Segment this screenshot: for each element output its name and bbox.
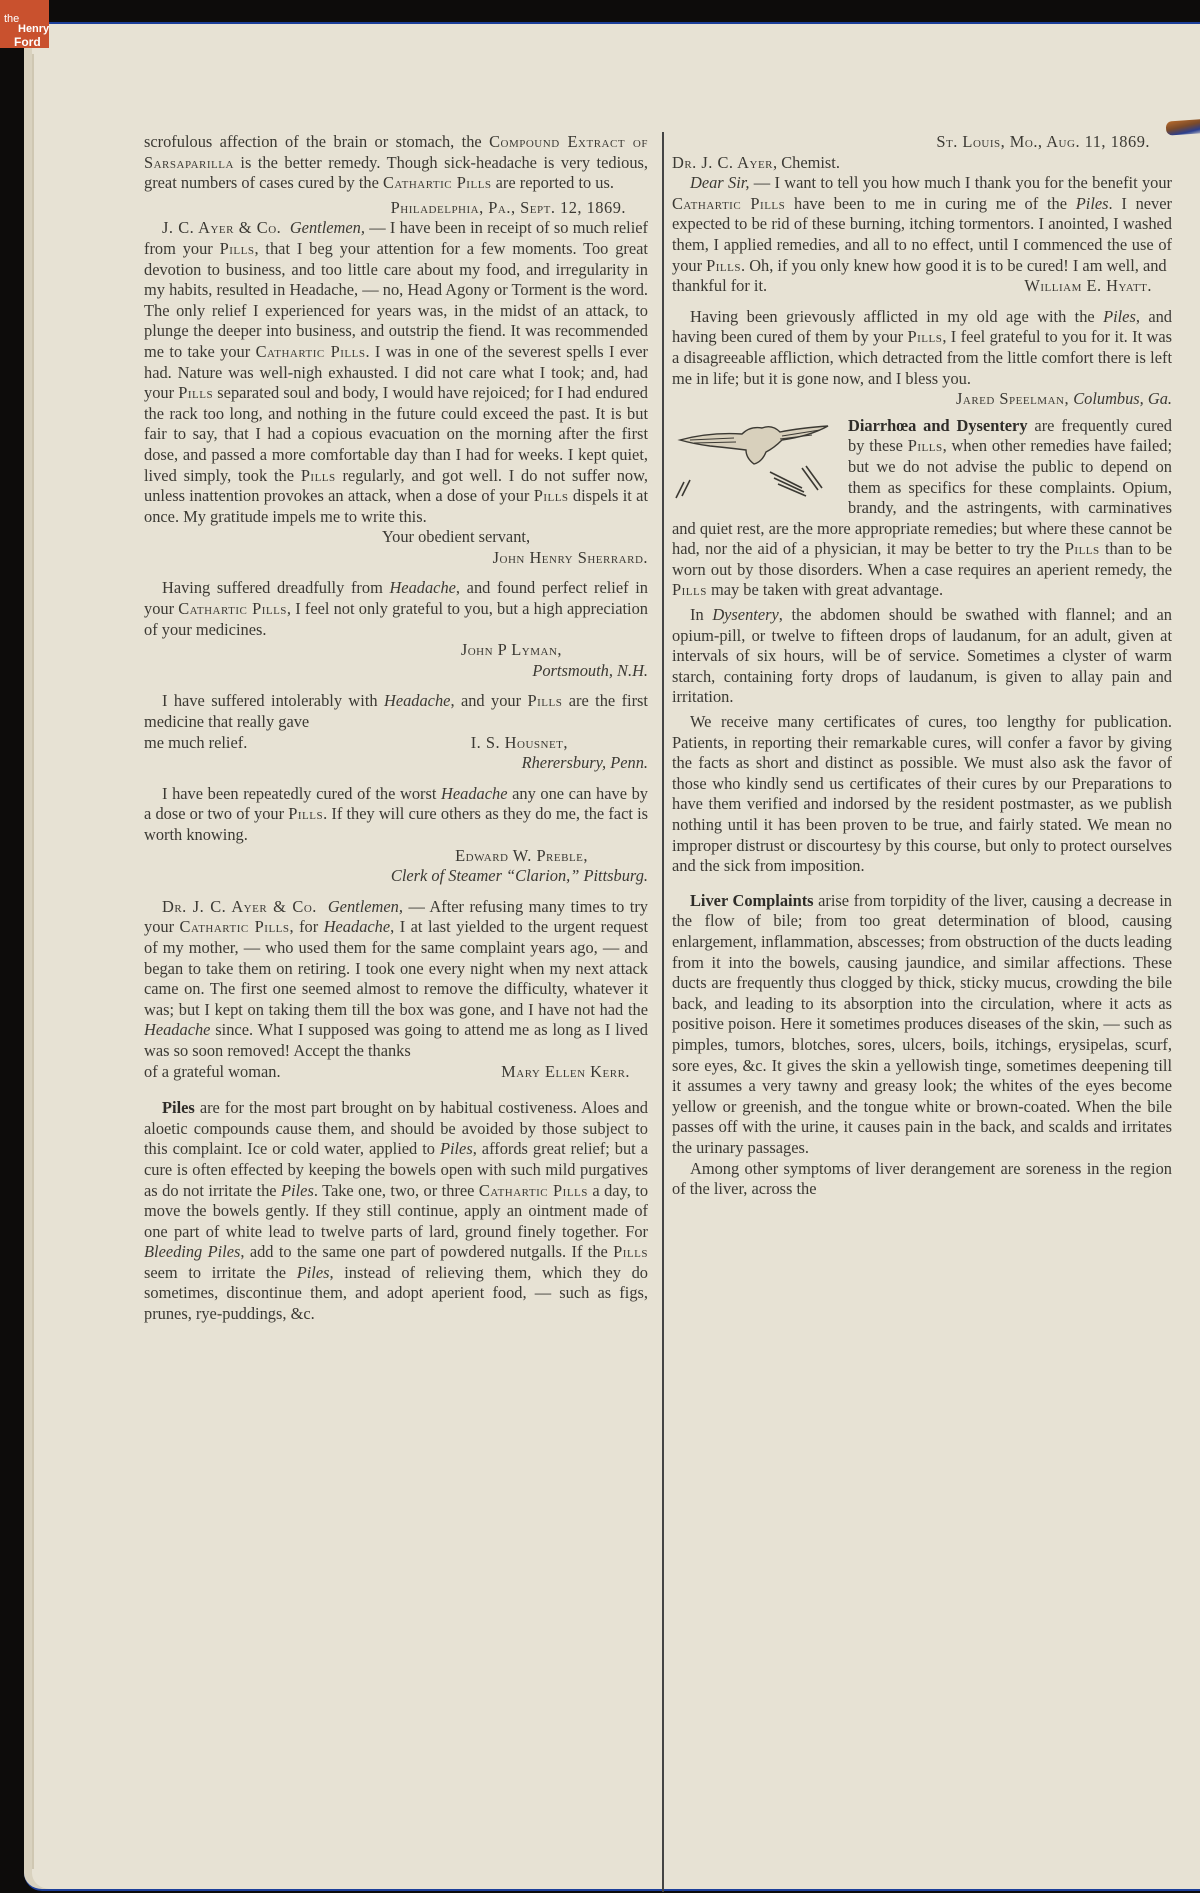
- logo-ford: Ford: [14, 36, 41, 48]
- speelman-signature-line: Jared Speelman, Columbus, Ga.: [672, 389, 1172, 410]
- henry-ford-logo: the Henry Ford: [0, 0, 49, 48]
- housnet-signature-line: me much relief.I. S. Housnet,: [144, 733, 648, 754]
- place-clarion: Clerk of Steamer “Clarion,” Pittsburg.: [144, 866, 648, 887]
- signature-kerr: Mary Ellen Kerr.: [501, 1062, 648, 1083]
- certificates-paragraph: We receive many certificates of cures, t…: [672, 712, 1172, 877]
- dateline-philadelphia: Philadelphia, Pa., Sept. 12, 1869.: [144, 198, 648, 219]
- signature-sherrard: John Henry Sherrard.: [144, 548, 648, 569]
- piles-section: Piles are for the most part brought on b…: [144, 1098, 648, 1325]
- signature-hyatt: William E. Hyatt.: [1024, 276, 1172, 297]
- testimonial-preble: I have been repeatedly cured of the wors…: [144, 784, 648, 846]
- testimonial-sherrard: J. C. Ayer & Co. Gentlemen, — I have bee…: [144, 218, 648, 527]
- testimonial-hyatt: Dear Sir, — I want to tell you how much …: [672, 173, 1172, 276]
- signature-housnet: I. S. Housnet,: [471, 733, 648, 754]
- place-rherersbury: Rherersbury, Penn.: [144, 753, 648, 774]
- left-column: scrofulous affection of the brain or sto…: [144, 132, 648, 1325]
- piles-heading: Piles: [162, 1098, 195, 1117]
- logo-the: the: [4, 14, 19, 25]
- place-portsmouth: Portsmouth, N.H.: [144, 661, 648, 682]
- signature-preble: Edward W. Preble,: [144, 846, 648, 867]
- diarrhoea-heading: Diarrhœa and Dysentery: [848, 416, 1028, 435]
- kerr-signature-line: of a grateful woman.Mary Ellen Kerr.: [144, 1062, 648, 1083]
- text-area: scrofulous affection of the brain or sto…: [144, 132, 1174, 1882]
- testimonial-lyman: Having suffered dreadfully from Headache…: [144, 578, 648, 640]
- addressee-line: Dr. J. C. Ayer, Chemist.: [672, 153, 1172, 174]
- right-column: St. Louis, Mo., Aug. 11, 1869. Dr. J. C.…: [672, 132, 1172, 1200]
- logo-henry: Henry: [18, 24, 49, 35]
- signature-speelman: Jared Speelman,: [956, 389, 1069, 408]
- liver-heading: Liver Complaints: [690, 891, 814, 910]
- document-page: scrofulous affection of the brain or sto…: [24, 22, 1200, 1891]
- dysentery-paragraph: In Dysentery, the abdomen should be swat…: [672, 605, 1172, 708]
- testimonial-speelman: Having been grievously afflicted in my o…: [672, 307, 1172, 389]
- diarrhoea-section: Diarrhœa and Dysentery are frequently cu…: [672, 416, 1172, 601]
- liver-section: Liver Complaints arise from torpidity of…: [672, 891, 1172, 1159]
- testimonial-housnet: I have suffered intolerably with Headach…: [144, 691, 648, 732]
- liver-symptoms-paragraph: Among other symptoms of liver derangemen…: [672, 1159, 1172, 1200]
- eagle-illustration-icon: [670, 418, 840, 502]
- column-rule: [662, 132, 664, 1892]
- place-columbus: Columbus, Ga.: [1073, 389, 1172, 408]
- intro-paragraph: scrofulous affection of the brain or sto…: [144, 132, 648, 194]
- hyatt-signature-line: thankful for it.William E. Hyatt.: [672, 276, 1172, 297]
- testimonial-kerr: Dr. J. C. Ayer & Co. Gentlemen, — After …: [144, 897, 648, 1062]
- signature-lyman: John P Lyman,: [144, 640, 648, 661]
- dateline-st-louis: St. Louis, Mo., Aug. 11, 1869.: [672, 132, 1172, 153]
- closing-line: Your obedient servant,: [144, 527, 648, 548]
